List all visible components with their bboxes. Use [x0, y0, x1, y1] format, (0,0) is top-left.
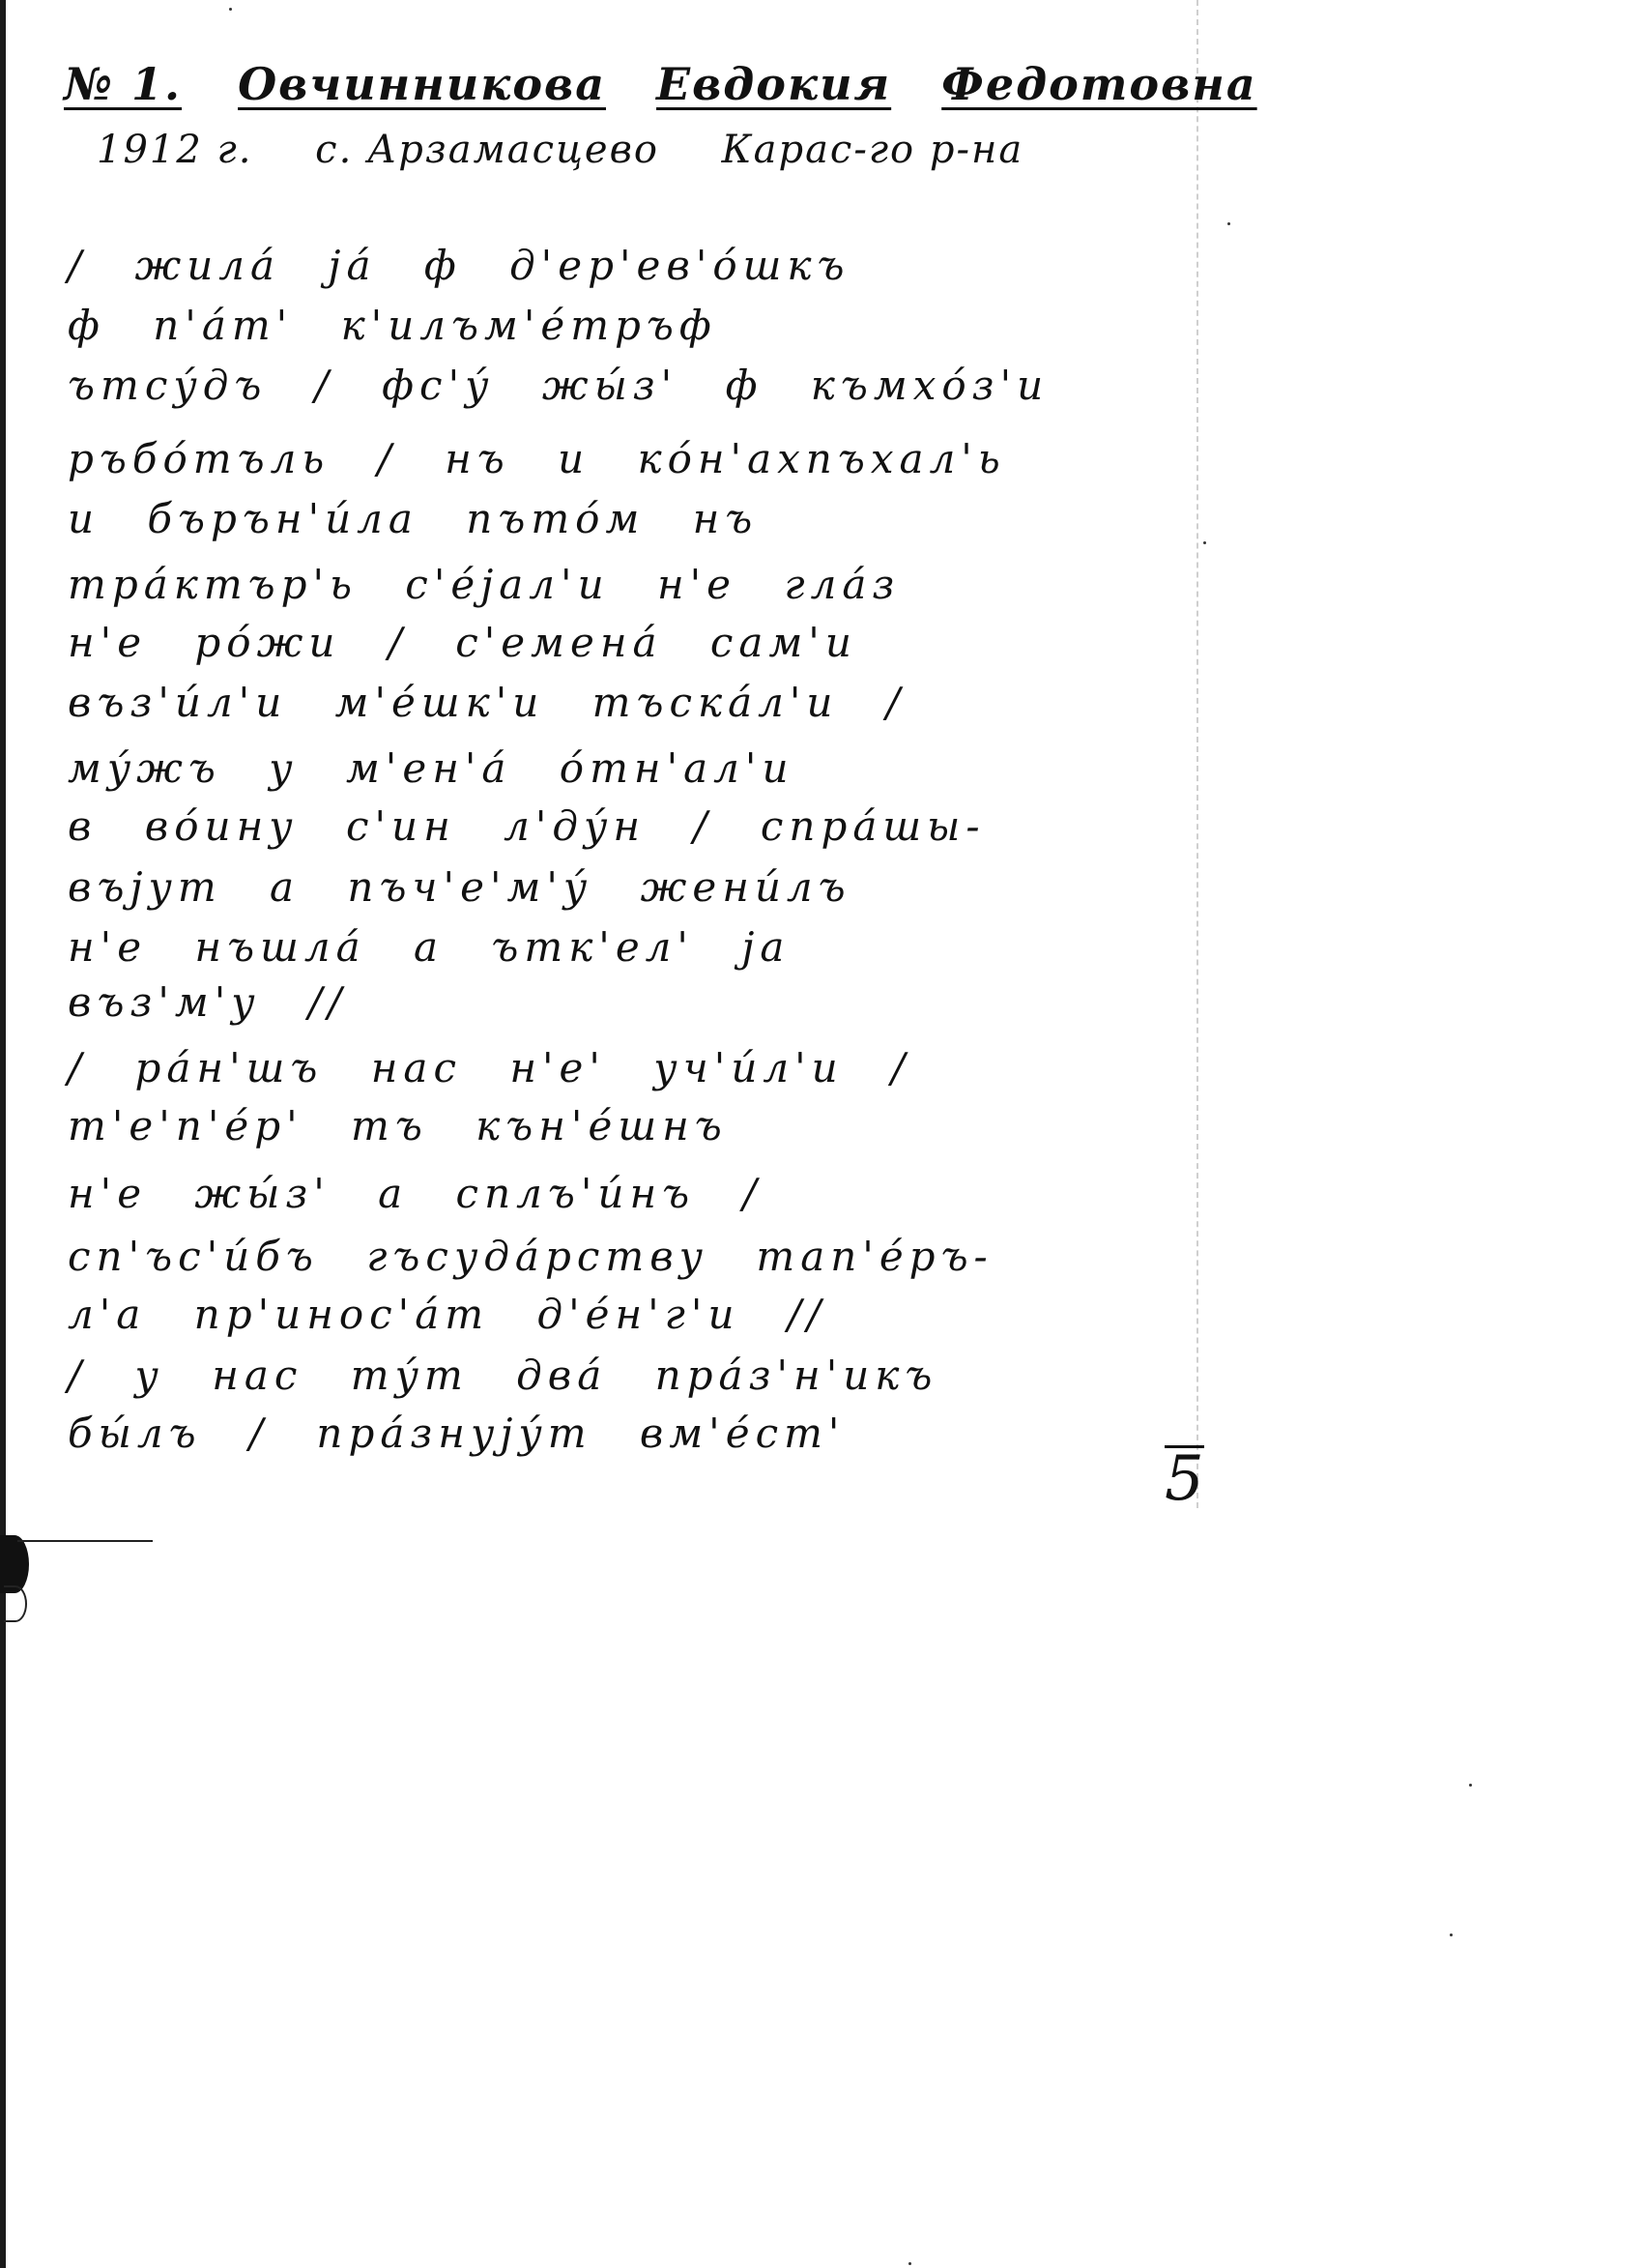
transcription-line: / жила́ ја́ ф д'ер'ев'о́шкъ: [68, 242, 850, 289]
transcription-line: ръбо́тъль / нъ и ко́н'ахпъхал'ь: [68, 435, 1006, 482]
informant-name-heading: № 1. Овчинникова Евдокия Федотовна: [64, 58, 1290, 110]
informant-details: 1912 г. с. Арзамасцево Карас-го р-на: [97, 128, 1072, 172]
transcription-line: сп'ъс'и́бъ гъсуда́рству тап'е́ръ-: [68, 1233, 994, 1280]
right-margin-line: [1196, 0, 1198, 1508]
scan-speck: [1469, 1784, 1472, 1787]
village-name: с. Арзамасцево: [315, 128, 659, 172]
transcription-line: ф п'а́т' к'илъм'е́тръф: [68, 302, 717, 349]
informant-surname: Овчинникова: [238, 58, 606, 110]
transcription-line: / у нас ту́т два́ пра́з'н'икъ: [68, 1352, 937, 1399]
transcription-line: и бърън'и́ла пъто́м нъ: [68, 495, 758, 542]
transcription-line: в во́ину с'ин л'ду́н / спра́шы-: [68, 802, 986, 850]
transcription-line: ътсу́дъ / фс'у́ жы́з' ф къмхо́з'и: [68, 362, 1049, 409]
transcription-line: н'е жы́з' а сплъ'и́нъ /: [68, 1170, 763, 1217]
transcription-line: л'а пр'инос'а́т д'е́н'г'и //: [68, 1291, 826, 1338]
binding-edge: [0, 0, 6, 2268]
entry-number: № 1.: [64, 58, 182, 110]
scanned-page: № 1. Овчинникова Евдокия Федотовна 1912 …: [0, 0, 1643, 2268]
transcription-line: н'е ро́жи / с'емена́ сам'и: [68, 619, 857, 666]
scan-speck: [1203, 541, 1206, 544]
scan-speck: [229, 8, 232, 11]
birth-year: 1912 г.: [97, 128, 252, 172]
binding-hole-mark: [4, 1585, 27, 1622]
margin-rule: [17, 1540, 153, 1542]
district-name: Карас-го р-на: [722, 128, 1024, 172]
transcription-line: / ра́н'шъ нас н'е' уч'и́л'и /: [68, 1044, 910, 1091]
transcription-line: му́жъ у м'ен'а́ о́тн'ал'и: [68, 744, 794, 792]
transcription-line: т'е'п'е́р' тъ кън'е́шнъ: [68, 1102, 728, 1149]
scan-speck: [908, 2262, 911, 2265]
scan-speck: [1227, 222, 1230, 225]
transcription-line: въз'м'у //: [68, 978, 347, 1026]
informant-first-name: Евдокия: [656, 58, 891, 110]
binding-ink-blot: [0, 1535, 29, 1593]
scan-speck: [1450, 1934, 1453, 1936]
transcription-line: н'е нъшла́ а ътк'ел' ја: [68, 923, 790, 971]
informant-patronymic: Федотовна: [941, 58, 1256, 110]
transcription-line: въјут а пъч'е'м'у́ жени́лъ: [68, 863, 851, 911]
transcription-line: бы́лъ / пра́знују́т вм'е́ст': [68, 1410, 845, 1457]
page-number: 5: [1165, 1445, 1204, 1510]
transcription-line: тра́ктър'ь с'е́јал'и н'е гла́з: [68, 561, 900, 608]
transcription-line: въз'и́л'и м'е́шк'и тъска́л'и /: [68, 679, 906, 726]
